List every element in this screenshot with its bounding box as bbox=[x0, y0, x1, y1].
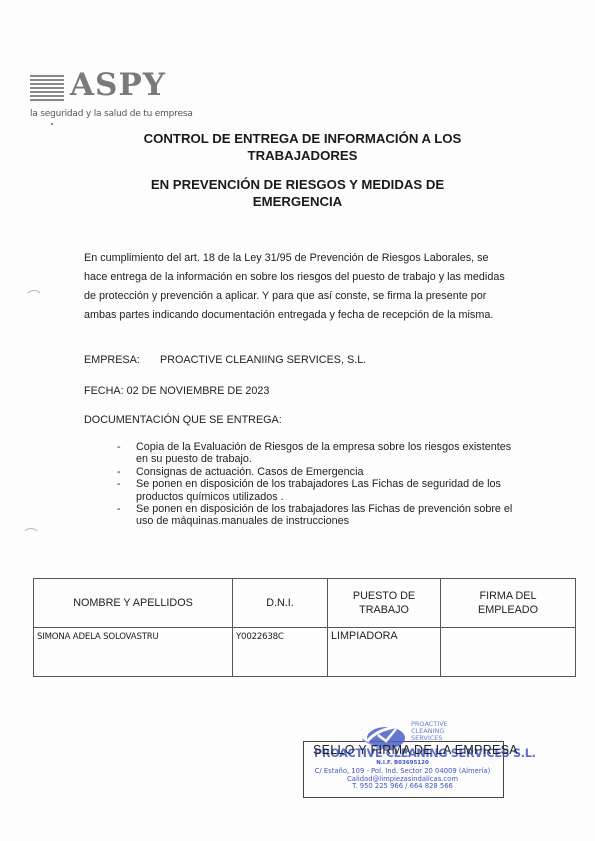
logo-tagline: la seguridad y la salud de tu empresa bbox=[30, 109, 193, 119]
list-item-text: Consignas de actuación. Casos de Emergen… bbox=[136, 466, 363, 478]
hole-punch-mark bbox=[25, 290, 43, 308]
stamp-brand: PROACTIVE CLEANING SERVICES bbox=[411, 721, 448, 741]
header-dni: D.N.I. bbox=[233, 579, 328, 628]
document-subtitle: EN PREVENCIÓN DE RIESGOS Y MEDIDAS DE EM… bbox=[0, 176, 595, 210]
document-title: CONTROL DE ENTREGA DE INFORMACIÓN A LOS … bbox=[0, 130, 595, 164]
table-header-row: NOMBRE Y APELLIDOS D.N.I. PUESTO DE TRAB… bbox=[34, 579, 576, 628]
list-item: -Se ponen en disposición de los trabajad… bbox=[117, 503, 517, 528]
brand-line: SERVICES bbox=[411, 735, 448, 742]
list-item: -Copia de la Evaluación de Riesgos de la… bbox=[117, 441, 517, 466]
stamp-nif: N.I.F. B03695120 bbox=[303, 760, 502, 766]
list-item-text: Se ponen en disposición de los trabajado… bbox=[136, 478, 501, 502]
documentacion-label: DOCUMENTACIÓN QUE SE ENTREGA: bbox=[84, 414, 282, 426]
stamp-label: SELLO Y FIRMA DE LA EMPRESA bbox=[313, 743, 518, 757]
bullet-dash: - bbox=[117, 466, 121, 478]
title-line-2: TRABAJADORES bbox=[10, 147, 595, 164]
empresa-value: PROACTIVE CLEANIING SERVICES, S.L. bbox=[160, 354, 366, 366]
header-puesto-text: PUESTO DE TRABAJO bbox=[349, 589, 419, 617]
cell-dni: Y0022638C bbox=[233, 628, 328, 677]
header-firma-text: FIRMA DEL EMPLEADO bbox=[470, 589, 546, 617]
bullet-dash: - bbox=[117, 441, 121, 453]
subtitle-line-1: EN PREVENCIÓN DE RIESGOS Y MEDIDAS DE bbox=[0, 176, 595, 193]
bullet-dash: - bbox=[117, 478, 121, 490]
stamp-address: C/ Estaño, 109 - Pol. Ind. Sector 20 040… bbox=[303, 767, 502, 775]
list-item: -Se ponen en disposición de los trabajad… bbox=[117, 478, 517, 503]
intro-paragraph: En cumplimiento del art. 18 de la Ley 31… bbox=[84, 249, 514, 325]
stamp-phone: T. 950 225 966 / 664 828 566 bbox=[303, 782, 502, 790]
title-line-1: CONTROL DE ENTREGA DE INFORMACIÓN A LOS bbox=[10, 130, 595, 147]
logo-text: ASPY bbox=[70, 67, 166, 103]
list-item: -Consignas de actuación. Casos de Emerge… bbox=[117, 466, 517, 478]
hole-punch-mark bbox=[22, 528, 40, 546]
aspy-logo: ASPY bbox=[30, 72, 180, 104]
header-firma: FIRMA DEL EMPLEADO bbox=[441, 579, 576, 628]
document-list: -Copia de la Evaluación de Riesgos de la… bbox=[117, 441, 517, 528]
speck bbox=[51, 123, 53, 125]
fecha-field: FECHA: 02 DE NOVIEMBRE DE 2023 bbox=[84, 385, 269, 397]
header-nombre: NOMBRE Y APELLIDOS bbox=[34, 579, 233, 628]
bullet-dash: - bbox=[117, 503, 121, 515]
cell-nombre: SIMONA ADELA SOLOVASTRU bbox=[34, 628, 233, 677]
header-puesto: PUESTO DE TRABAJO bbox=[328, 579, 441, 628]
subtitle-line-2: EMERGENCIA bbox=[0, 193, 595, 210]
list-item-text: Se ponen en disposición de los trabajado… bbox=[136, 503, 512, 527]
cell-puesto: LIMPIADORA bbox=[328, 628, 441, 677]
empresa-label: EMPRESA: bbox=[84, 354, 160, 366]
cell-firma[interactable] bbox=[441, 628, 576, 677]
logo-stripes-icon bbox=[30, 75, 64, 101]
table-row: SIMONA ADELA SOLOVASTRU Y0022638C LIMPIA… bbox=[34, 628, 576, 677]
empresa-field: EMPRESA:PROACTIVE CLEANIING SERVICES, S.… bbox=[84, 354, 366, 366]
list-item-text: Copia de la Evaluación de Riesgos de la … bbox=[136, 441, 511, 465]
employee-table: NOMBRE Y APELLIDOS D.N.I. PUESTO DE TRAB… bbox=[33, 578, 576, 677]
